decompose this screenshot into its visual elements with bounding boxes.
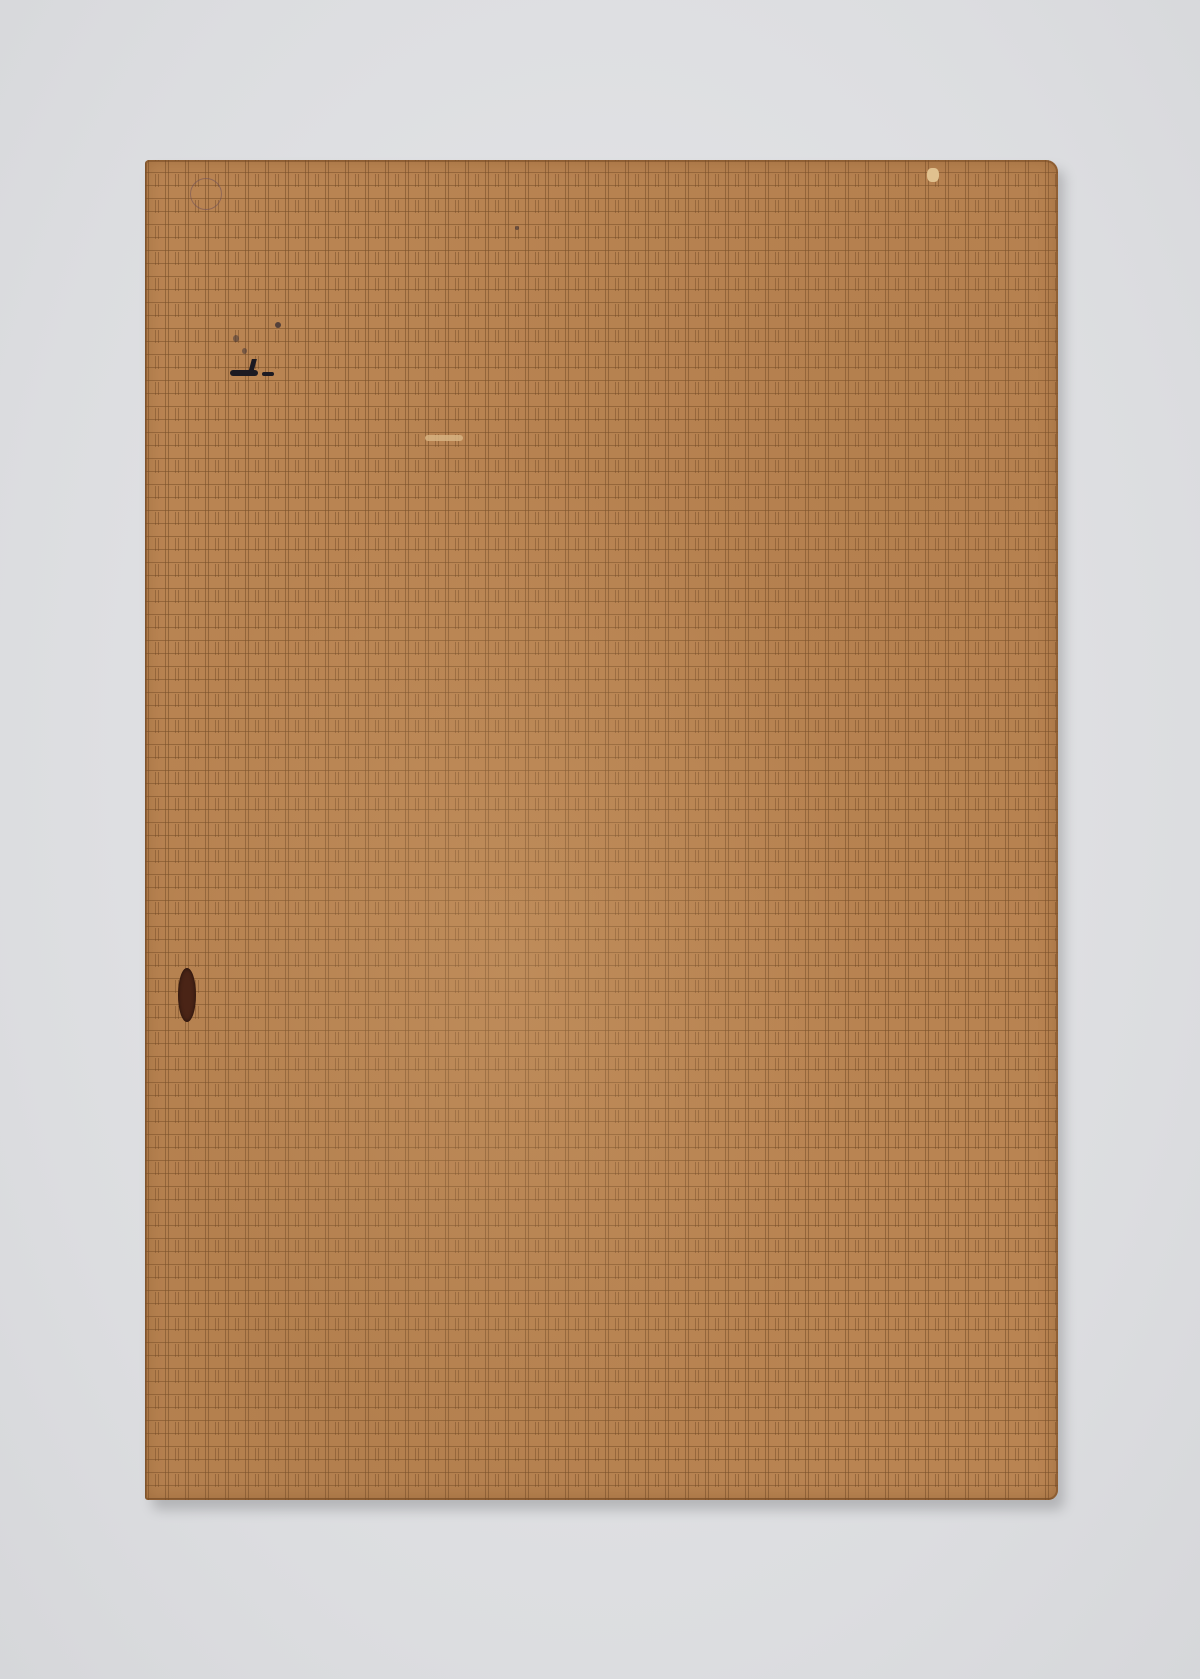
worm-hole [178, 968, 196, 1022]
ink-spot [233, 335, 239, 342]
cover-scuff [425, 435, 463, 441]
circular-stamp [190, 178, 222, 210]
corner-chip [927, 168, 939, 182]
ink-spot [275, 322, 281, 328]
book-cover [145, 160, 1058, 1500]
ink-mark [230, 365, 272, 379]
cover-tonal-variation [145, 160, 1058, 1500]
ink-spot [242, 348, 247, 354]
ink-spot [515, 226, 519, 230]
